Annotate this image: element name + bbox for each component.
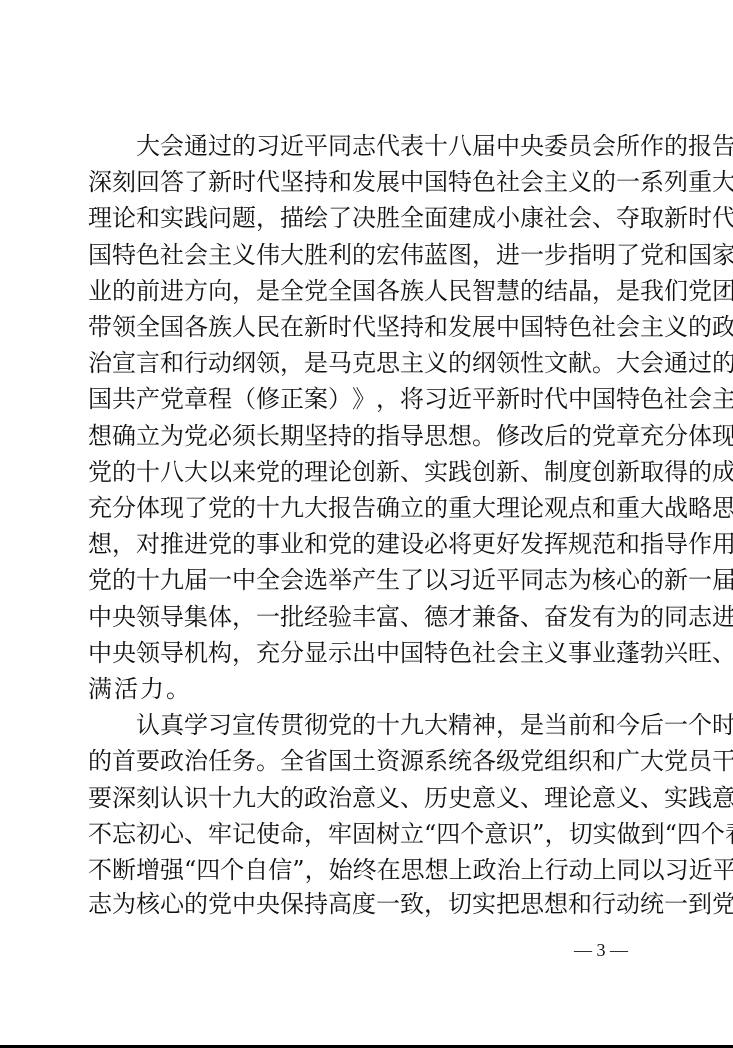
text-line: 国共产党章程（修正案）》，将习近平新时代中国特色社会主义思 [88, 383, 645, 415]
text-line: 不忘初心、牢记使命，牢固树立“四个意识”，切实做到“四个看齐”， [88, 818, 645, 850]
text-line: 认真学习宣传贯彻党的十九大精神，是当前和今后一个时期 [136, 709, 645, 741]
text-line: 业的前进方向，是全党全国各族人民智慧的结晶，是我们党团结 [88, 275, 645, 307]
text-line: 理论和实践问题，描绘了决胜全面建成小康社会、夺取新时代中 [88, 202, 645, 234]
text-line: 想，对推进党的事业和党的建设必将更好发挥规范和指导作用。 [88, 528, 645, 560]
text-line: 中央领导集体，一批经验丰富、德才兼备、奋发有为的同志进入 [88, 601, 645, 633]
text-line: 带领全国各族人民在新时代坚持和发展中国特色社会主义的政 [88, 311, 645, 343]
text-line: 志为核心的党中央保持高度一致，切实把思想和行动统一到党的 [88, 888, 645, 920]
document-page: 大会通过的习近平同志代表十八届中央委员会所作的报告， 深刻回答了新时代坚持和发展… [0, 0, 733, 1048]
text-line: 大会通过的习近平同志代表十八届中央委员会所作的报告， [136, 130, 645, 162]
text-line: 深刻回答了新时代坚持和发展中国特色社会主义的一系列重大 [88, 166, 645, 198]
text-line: 治宣言和行动纲领，是马克思主义的纲领性文献。大会通过的《中 [88, 347, 645, 379]
text-line: 充分体现了党的十九大报告确立的重大理论观点和重大战略思 [88, 492, 645, 524]
text-line: 中央领导机构，充分显示出中国特色社会主义事业蓬勃兴旺、充 [88, 637, 645, 669]
text-line: 国特色社会主义伟大胜利的宏伟蓝图，进一步指明了党和国家事 [88, 239, 645, 271]
text-line: 要深刻认识十九大的政治意义、历史意义、理论意义、实践意义， [88, 782, 645, 814]
text-line: 的首要政治任务。全省国土资源系统各级党组织和广大党员干部 [88, 745, 645, 777]
text-line: 党的十八大以来党的理论创新、实践创新、制度创新取得的成果， [88, 456, 645, 488]
page-number: — 3 — [560, 938, 642, 962]
text-line: 不断增强“四个自信”，始终在思想上政治上行动上同以习近平同 [88, 854, 645, 886]
text-line: 想确立为党必须长期坚持的指导思想。修改后的党章充分体现了 [88, 420, 645, 452]
text-line: 党的十九届一中全会选举产生了以习近平同志为核心的新一届 [88, 564, 645, 596]
text-line: 满活力。 [88, 673, 645, 705]
